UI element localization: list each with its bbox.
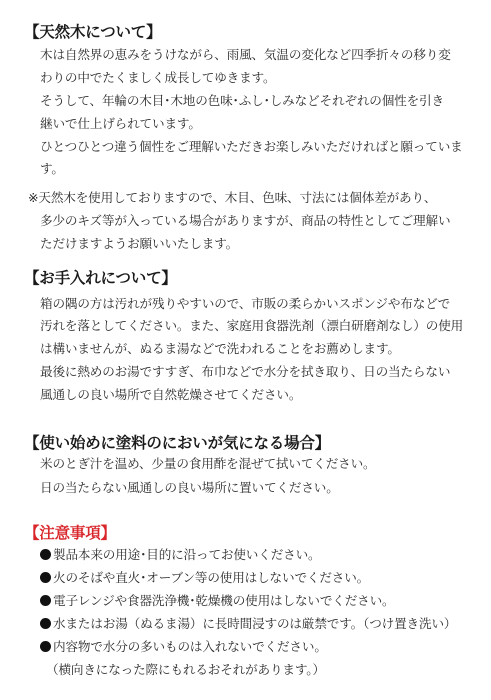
heading-cautions: 【注意事項】 (24, 521, 116, 543)
bullet-icon (40, 549, 51, 560)
caution-item: 火のそばや直火･オーブン等の使用はしないでください。 (40, 567, 369, 586)
body-line: そうして、年輪の木目･木地の色味･ふし･しみなどそれぞれの個性を引き (40, 90, 444, 109)
body-line: 木は自然界の恵みをうけながら、雨風、気温の変化など四季折々の移り変 (40, 44, 451, 63)
body-line: は構いませんが、ぬるま湯などで洗われることをお薦めします。 (40, 338, 400, 357)
caution-item: 水またはお湯（ぬるま湯）に長時間浸すのは厳禁です。（つけ置き洗い） (40, 613, 456, 632)
bullet-icon (40, 641, 51, 652)
caution-footnote: （横向きになった際にもれるおそれがあります。） (46, 659, 325, 678)
body-line: 継いで仕上げられています。 (40, 113, 201, 132)
bullet-icon (40, 572, 51, 583)
caution-item: 内容物で水分の多いものは入れないでください。 (40, 636, 327, 655)
note-line: ※天然木を使用しておりますので、木目、色味、寸法には個体差があり、 (28, 187, 436, 206)
body-line: 米のとぎ汁を温め、少量の食用酢を混ぜて拭いてください。 (40, 453, 375, 472)
heading-care: 【お手入れについて】 (24, 266, 177, 288)
caution-item: 製品本来の用途･目的に沿ってお使いください。 (40, 544, 320, 563)
body-line: す。 (40, 158, 64, 177)
note-line: ただけますようお願いいたします。 (40, 233, 238, 252)
heading-natural-wood: 【天然木について】 (24, 20, 161, 42)
body-line: 最後に熱めのお湯ですすぎ、布巾などで水分を拭き取り、日の当たらない (40, 361, 450, 380)
body-line: わりの中でたくましく成長してゆきます。 (40, 67, 275, 86)
body-line: 風通しの良い場所で自然乾燥させてください。 (40, 384, 301, 403)
body-line: 汚れを落としてください。また、家庭用食器洗剤（漂白研磨剤なし）の使用 (40, 315, 463, 334)
note-line: 多少のキズ等が入っている場合がありますが、商品の特性としてご理解い (40, 210, 450, 229)
bullet-icon (40, 618, 51, 629)
bullet-icon (40, 595, 51, 606)
heading-paint-smell: 【使い始めに塗料のにおいが気になる場合】 (24, 431, 330, 453)
caution-item: 電子レンジや食器洗浄機･乾燥機の使用はしないでください。 (40, 590, 395, 609)
body-line: 箱の隅の方は汚れが残りやすいので、市販の柔らかいスポンジや布などで (40, 293, 450, 312)
body-line: 日の当たらない風通しの良い場所に置いてください。 (40, 477, 339, 496)
body-line: ひとつひとつ違う個性をご理解いただきお楽しみいただければと願っていま (40, 136, 463, 155)
